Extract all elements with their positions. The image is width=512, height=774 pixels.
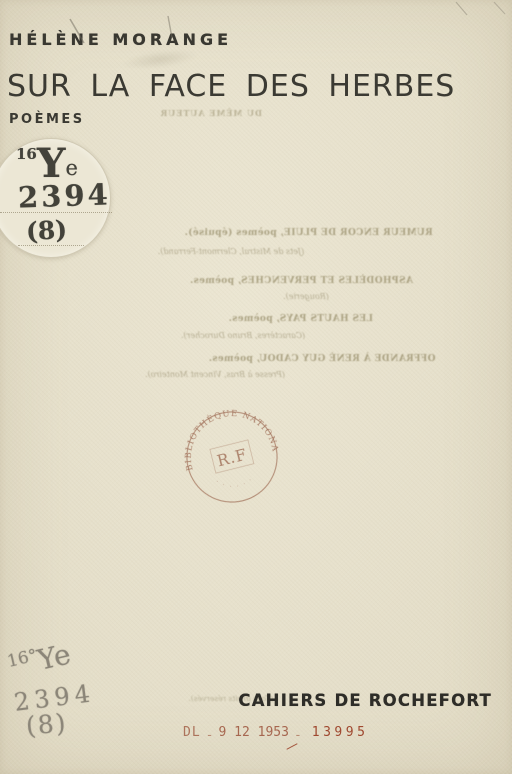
showthrough-line: (Jets de Mistral, Clermont-Ferrand). [135, 247, 327, 256]
pencil-shelfmark-volume: (8) [25, 708, 69, 740]
book-title: SUR LA FACE DES HERBES [7, 69, 455, 104]
stamp-bottom-arc-text: · · · · · · [213, 470, 256, 495]
shelfmark-volume: (8) [25, 215, 68, 246]
shelfmark-letter-suffix: e [65, 156, 77, 180]
dotted-rule [0, 212, 112, 213]
deposit-number: 13995 [312, 725, 369, 740]
showthrough-line: RUMEUR ENCOR DE PLUIE, poèmes (épuisé). [170, 228, 447, 238]
showthrough-header: DU MÊME AUTEUR [176, 108, 262, 118]
showthrough-line: (Caractères, Bruno Durocher). [172, 331, 314, 340]
bn-library-stamp: BIBLIOTHÈQUE NATIONALE · · · · · · R.F [173, 398, 292, 517]
pencil-stroke [456, 2, 467, 15]
shelfmark-size-prefix: 16 [16, 145, 37, 163]
dotted-rule [18, 245, 84, 246]
publisher-imprint: CAHIERS DE ROCHEFORT [238, 691, 492, 710]
deposit-date: 9 12 1953 [218, 725, 288, 740]
deposit-separator: - [206, 728, 214, 743]
genre-label: POÈMES [9, 112, 85, 127]
book-cover-page: DU MÊME AUTEUR RUMEUR ENCOR DE PLUIE, po… [0, 0, 512, 774]
pencil-shelfmark-letters: Ye [34, 637, 73, 676]
showthrough-line: (Rougerie). [268, 292, 344, 301]
pencil-shelfmark-prefix: 16° [5, 646, 39, 672]
legal-deposit-stamp: DL-9 12 1953-13995 [183, 725, 368, 743]
deposit-prefix: DL [183, 725, 201, 740]
deposit-check-slash [286, 743, 297, 750]
author-name: HÉLÈNE MORANGE [9, 30, 232, 49]
shelfmark-round-label: 16Ye 2394 (8) [0, 138, 111, 258]
shelfmark-number: 2394 [17, 177, 111, 214]
pencil-stroke [494, 2, 505, 14]
deposit-separator: - [294, 728, 302, 743]
svg-text:· · · · · ·: · · · · · · [213, 470, 256, 495]
pencil-shelfmark-class: 16°Ye [5, 637, 74, 683]
showthrough-line: ASPHODÈLES ET PERVENCHES, poèmes. [198, 276, 413, 286]
showthrough-line: (Presse à Bras, Vincent Monteiro). [138, 370, 292, 379]
showthrough-line: LES HAUTS PAYS, poèmes. [235, 314, 373, 324]
showthrough-line: OFFRANDE À RENÉ GUY CADOU, poèmes. [207, 354, 437, 364]
